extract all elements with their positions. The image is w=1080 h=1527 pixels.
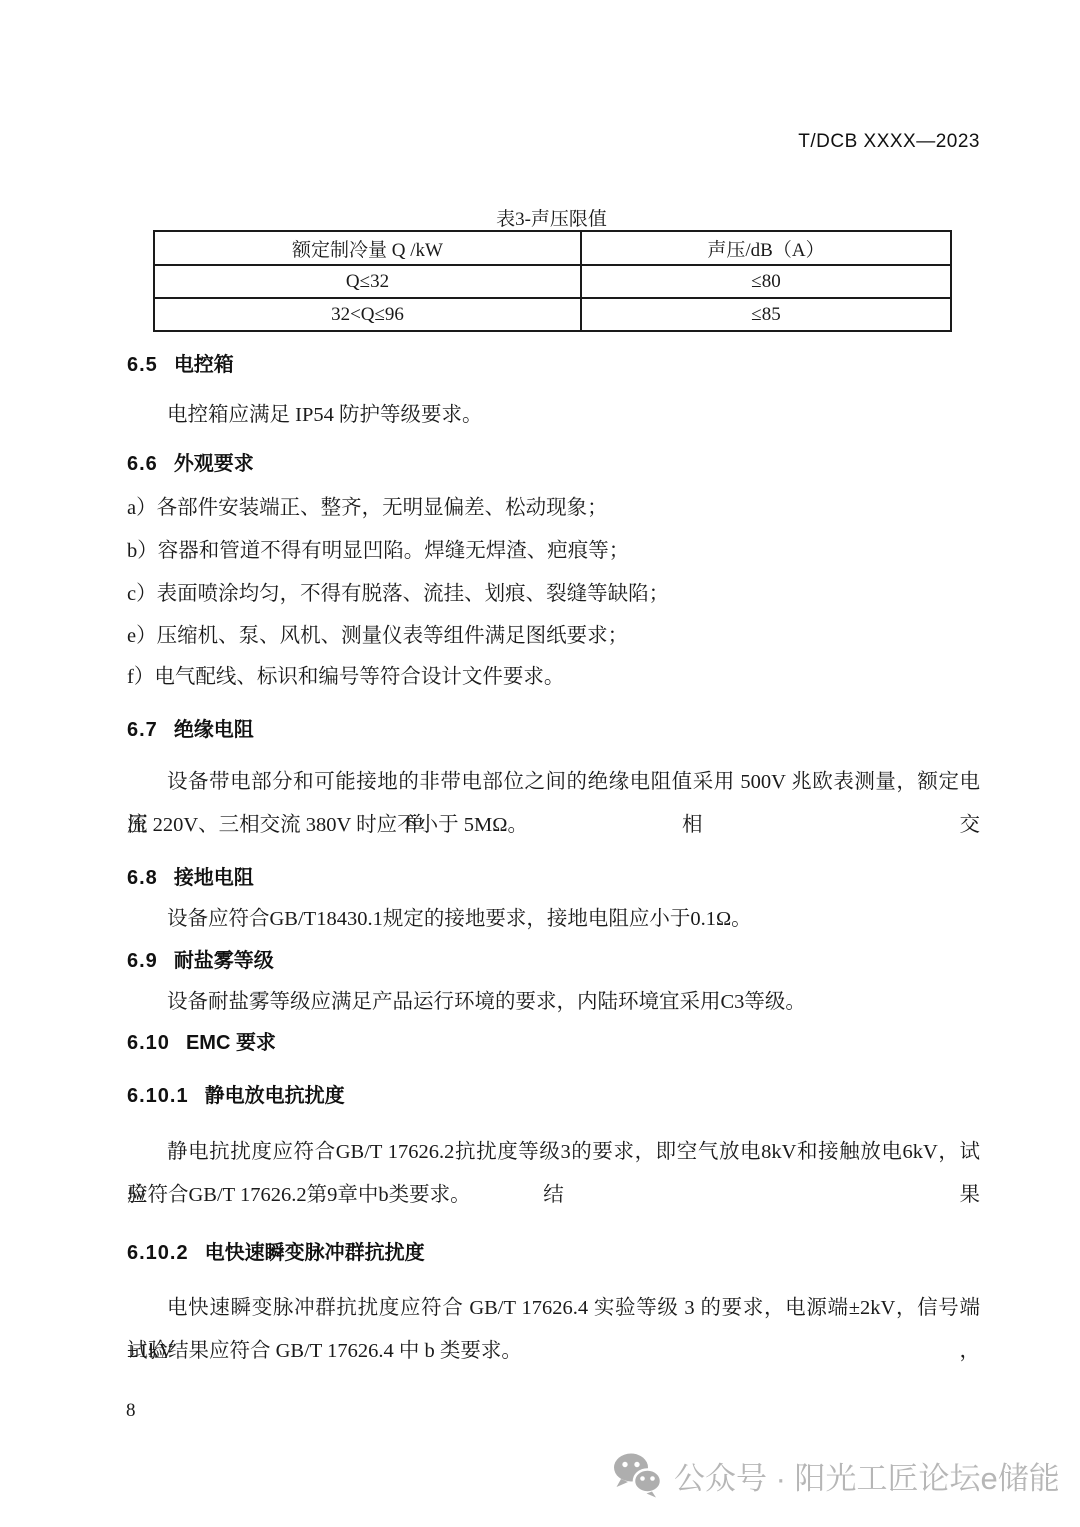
paragraph-6-9: 设备耐盐雾等级应满足产品运行环境的要求，内陆环境宜采用C3等级。 bbox=[127, 981, 980, 1024]
section-number: 6.10.1 bbox=[127, 1085, 189, 1108]
section-number: 6.8 bbox=[127, 867, 158, 890]
paragraph-6-10-1: 静电抗扰度应符合GB/T 17626.2抗扰度等级3的要求，即空气放电8kV和接… bbox=[127, 1131, 980, 1217]
section-title: 耐盐雾等级 bbox=[174, 950, 274, 972]
section-heading-6-7: 6.7绝缘电阻 bbox=[127, 713, 980, 742]
wechat-icon bbox=[612, 1452, 662, 1498]
sound-pressure-table: 额定制冷量 Q /kW 声压/dB（A） Q≤32 ≤80 32<Q≤96 ≤8… bbox=[153, 230, 952, 332]
section-heading-6-6: 6.6外观要求 bbox=[127, 447, 980, 476]
table-caption: 表3-声压限值 bbox=[153, 204, 950, 231]
paragraph-line: 静电抗扰度应符合GB/T 17626.2抗扰度等级3的要求，即空气放电8kV和接… bbox=[127, 1131, 980, 1174]
table-header-sound-pressure: 声压/dB（A） bbox=[581, 231, 951, 265]
section-title: EMC 要求 bbox=[186, 1032, 276, 1054]
paragraph-6-10-2: 电快速瞬变脉冲群抗扰度应符合 GB/T 17626.4 实验等级 3 的要求，电… bbox=[127, 1287, 980, 1373]
table-cell: ≤85 bbox=[581, 298, 951, 331]
document-page: T/DCB XXXX—2023 表3-声压限值 额定制冷量 Q /kW 声压/d… bbox=[0, 0, 1080, 1527]
section-number: 6.7 bbox=[127, 719, 158, 742]
section-number: 6.5 bbox=[127, 354, 158, 377]
section-heading-6-8: 6.8接地电阻 bbox=[127, 861, 980, 890]
paragraph-6-8: 设备应符合GB/T18430.1规定的接地要求，接地电阻应小于0.1Ω。 bbox=[127, 898, 980, 941]
table-cell: Q≤32 bbox=[154, 265, 581, 298]
list-item-b: b）容器和管道不得有明显凹陷。焊缝无焊渣、疤痕等； bbox=[127, 537, 980, 565]
paragraph-line: 设备带电部分和可能接地的非带电部位之间的绝缘电阻值采用 500V 兆欧表测量，额… bbox=[127, 761, 980, 804]
paragraph-6-7: 设备带电部分和可能接地的非带电部位之间的绝缘电阻值采用 500V 兆欧表测量，额… bbox=[127, 761, 980, 847]
section-title: 电控箱 bbox=[174, 354, 234, 376]
doc-number: T/DCB XXXX—2023 bbox=[0, 131, 980, 153]
section-title: 绝缘电阻 bbox=[174, 719, 254, 741]
section-title: 静电放电抗扰度 bbox=[205, 1085, 345, 1107]
watermark-text: 公众号 · 阳光工匠论坛e储能 bbox=[674, 1453, 1060, 1498]
watermark: 公众号 · 阳光工匠论坛e储能 bbox=[612, 1452, 1060, 1498]
paragraph-6-5: 电控箱应满足 IP54 防护等级要求。 bbox=[127, 394, 980, 437]
section-heading-6-10-2: 6.10.2电快速瞬变脉冲群抗扰度 bbox=[127, 1236, 980, 1265]
section-title: 接地电阻 bbox=[174, 867, 254, 889]
section-number: 6.10.2 bbox=[127, 1242, 189, 1265]
section-title: 电快速瞬变脉冲群抗扰度 bbox=[205, 1242, 425, 1264]
table-row: Q≤32 ≤80 bbox=[154, 265, 951, 298]
table-cell: ≤80 bbox=[581, 265, 951, 298]
section-number: 6.10 bbox=[127, 1032, 170, 1055]
paragraph-line: 电快速瞬变脉冲群抗扰度应符合 GB/T 17626.4 实验等级 3 的要求，电… bbox=[127, 1287, 980, 1330]
list-item-c: c）表面喷涂均匀，不得有脱落、流挂、划痕、裂缝等缺陷； bbox=[127, 580, 980, 608]
list-item-f: f）电气配线、标识和编号等符合设计文件要求。 bbox=[127, 663, 980, 691]
list-item-a: a）各部件安装端正、整齐，无明显偏差、松动现象； bbox=[127, 494, 980, 522]
section-heading-6-10-1: 6.10.1静电放电抗扰度 bbox=[127, 1079, 980, 1108]
section-number: 6.6 bbox=[127, 453, 158, 476]
section-number: 6.9 bbox=[127, 950, 158, 973]
section-heading-6-10: 6.10EMC 要求 bbox=[127, 1026, 980, 1055]
page-number: 8 bbox=[126, 1400, 136, 1422]
section-heading-6-9: 6.9耐盐雾等级 bbox=[127, 944, 980, 973]
table-header-row: 额定制冷量 Q /kW 声压/dB（A） bbox=[154, 231, 951, 265]
table-row: 32<Q≤96 ≤85 bbox=[154, 298, 951, 331]
table-header-cooling-capacity: 额定制冷量 Q /kW bbox=[154, 231, 581, 265]
section-heading-6-5: 6.5电控箱 bbox=[127, 348, 980, 377]
list-item-e: e）压缩机、泵、风机、测量仪表等组件满足图纸要求； bbox=[127, 622, 980, 650]
table-cell: 32<Q≤96 bbox=[154, 298, 581, 331]
section-title: 外观要求 bbox=[174, 453, 254, 475]
